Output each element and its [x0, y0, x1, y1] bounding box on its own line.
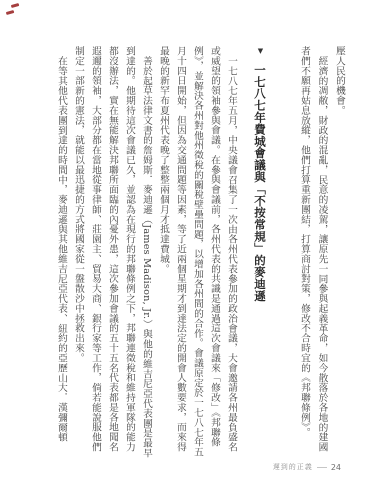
paragraph: 善於起草法律文書的詹姆斯．麥迪遜（James Madison, Jr.）與他的維…	[70, 46, 155, 460]
book-page: 壓人民的機會。 經濟的凋敝，財政的混亂，民意的凌駕，讓原先一同參與起義革命，如今…	[0, 0, 369, 500]
running-title: 遲到的正義	[273, 462, 313, 472]
paragraph: 在等其他代表團到達的時間中，麥迪遜與其他維吉尼亞代表、紐約的亞歷山大．漢彌爾頓	[53, 46, 70, 460]
proof-mark-icon	[11, 3, 19, 7]
footer-rule	[317, 467, 327, 468]
paragraph: 一七八七年五月，中央議會召集了一次由各州代表參加的政治會議，大會邀請各州最負盛名…	[155, 46, 240, 460]
proof-mark-icon	[6, 10, 14, 14]
opening-text-block: 壓人民的機會。 經濟的凋敝，財政的混亂，民意的凌駕，讓原先一同參與起義革命，如今…	[296, 46, 349, 460]
page-number: 24	[331, 463, 341, 472]
section-heading: ▼ 一七八七年費城會議與「不按常規」的麥迪遜	[250, 46, 270, 460]
paragraph-tail: 壓人民的機會。	[331, 46, 349, 460]
section-heading-text: 一七八七年費城會議與「不按常規」的麥迪遜	[253, 64, 267, 302]
page-footer: 遲到的正義 24	[273, 462, 341, 472]
body-text-block: 一七八七年五月，中央議會召集了一次由各州代表參加的政治會議，大會邀請各州最負盛名…	[53, 46, 240, 460]
paragraph: 經濟的凋敝，財政的混亂，民意的凌駕，讓原先一同參與起義革命，如今散落於各地的建國…	[296, 46, 331, 460]
section-marker-icon: ▼	[250, 46, 270, 55]
